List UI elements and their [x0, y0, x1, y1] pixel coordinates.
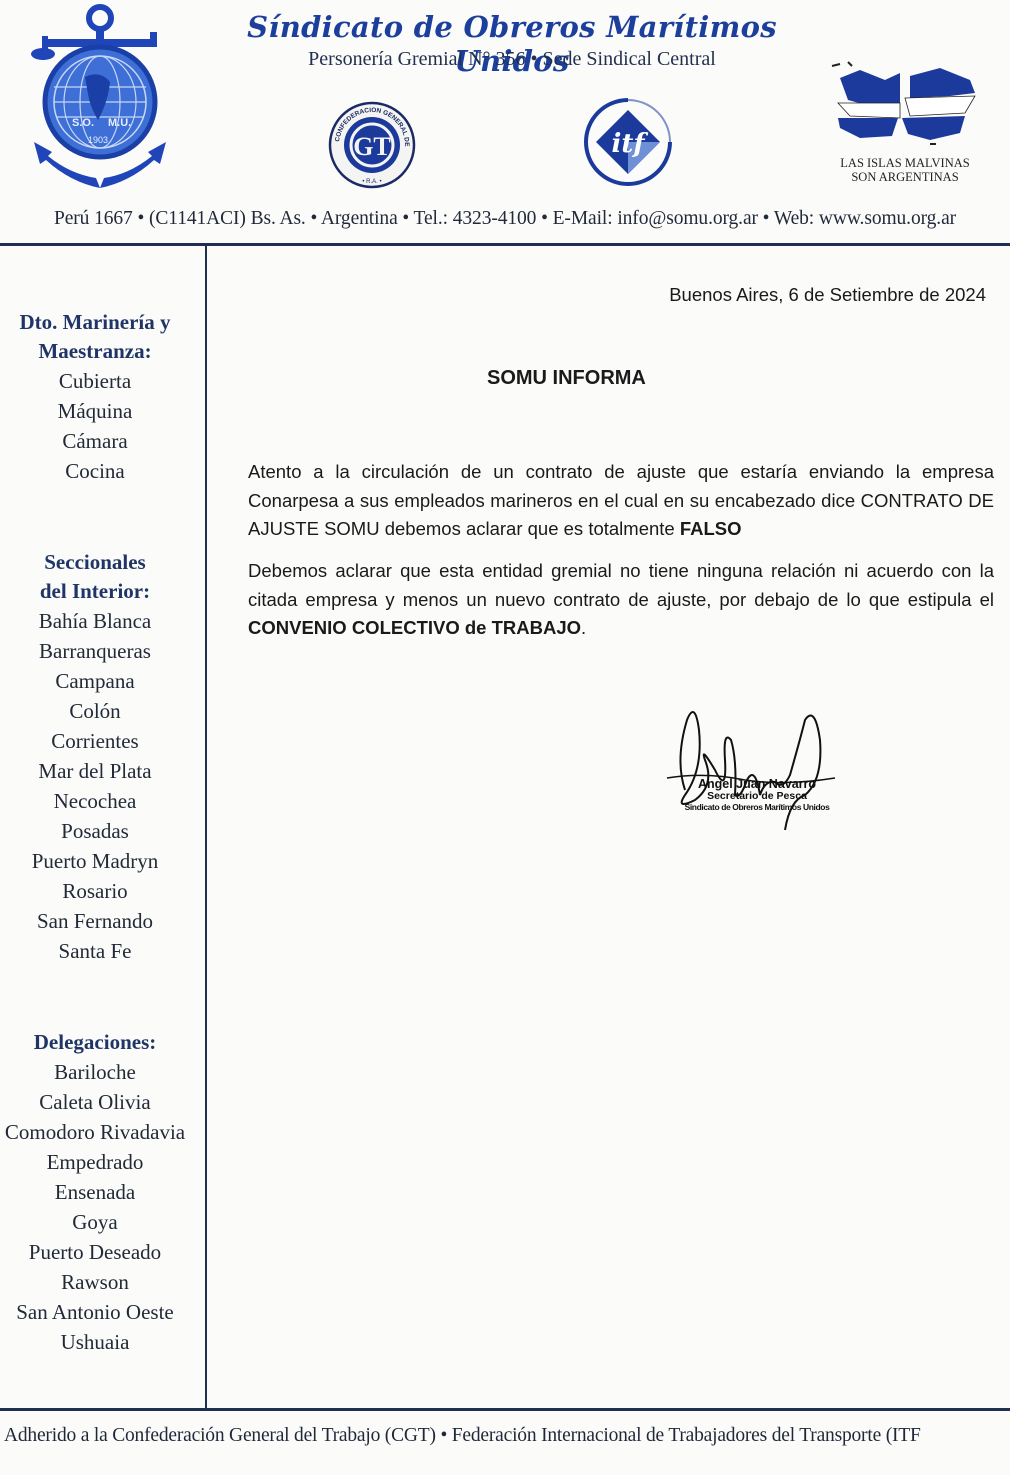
sidebar-item: Caleta Olivia: [0, 1087, 190, 1117]
sidebar-item: Santa Fe: [0, 936, 190, 966]
letter-heading: SOMU INFORMA: [487, 367, 646, 390]
sidebar-item: Mar del Plata: [0, 756, 190, 786]
paragraph-1: Atento a la circulación de un contrato d…: [248, 458, 994, 544]
sidebar-item: Campana: [0, 666, 190, 696]
sidebar: Dto. Marinería y Maestranza: Cubierta Má…: [0, 308, 190, 1387]
malvinas-caption-line: LAS ISLAS MALVINAS: [820, 156, 990, 170]
footer-affiliation: Adherido a la Confederación General del …: [4, 1425, 921, 1447]
sidebar-item: Máquina: [0, 396, 190, 426]
paragraph-2-end: .: [581, 617, 586, 638]
sidebar-item: Colón: [0, 696, 190, 726]
sidebar-item: Cubierta: [0, 366, 190, 396]
header-divider: [0, 243, 1010, 246]
svg-text:• R.A. •: • R.A. •: [362, 179, 381, 185]
sidebar-item: Goya: [0, 1207, 190, 1237]
organization-subtitle: Personería Gremial N° 356 • Sede Sindica…: [212, 48, 812, 71]
paragraph-2: Debemos aclarar que esta entidad gremial…: [248, 557, 994, 643]
signatory-org: Sindicato de Obreros Marítimos Unidos: [662, 802, 852, 812]
sidebar-item: Rosario: [0, 876, 190, 906]
sidebar-item: Barranqueras: [0, 636, 190, 666]
sidebar-heading: del Interior:: [0, 577, 190, 606]
sidebar-heading: Seccionales: [0, 548, 190, 577]
sidebar-item: Cocina: [0, 456, 190, 486]
sidebar-item: Corrientes: [0, 726, 190, 756]
paragraph-1-text: Atento a la circulación de un contrato d…: [248, 461, 994, 539]
sidebar-item: Ushuaia: [0, 1327, 190, 1357]
malvinas-map-logo: [830, 58, 980, 150]
footer-divider: [0, 1408, 1010, 1411]
signatory-role: Secretario de Pesca: [662, 791, 852, 802]
contact-line: Perú 1667 • (C1141ACI) Bs. As. • Argenti…: [0, 208, 1010, 230]
sidebar-item: Puerto Madryn: [0, 846, 190, 876]
sidebar-item: Comodoro Rivadavia: [0, 1117, 190, 1147]
sidebar-group-seccionales: Seccionales del Interior: Bahía Blanca B…: [0, 548, 190, 966]
svg-text:GT: GT: [353, 132, 391, 161]
paragraph-2-emphasis: CONVENIO COLECTIVO de TRABAJO: [248, 617, 581, 638]
svg-text:1903: 1903: [88, 135, 108, 145]
sidebar-item: Posadas: [0, 816, 190, 846]
malvinas-caption-line: SON ARGENTINAS: [820, 170, 990, 184]
sidebar-heading: Maestranza:: [0, 337, 190, 366]
sidebar-item: Empedrado: [0, 1147, 190, 1177]
sidebar-item: Cámara: [0, 426, 190, 456]
sidebar-item: Bahía Blanca: [0, 606, 190, 636]
letter-date: Buenos Aires, 6 de Setiembre de 2024: [669, 284, 986, 306]
svg-text:M.U.: M.U.: [108, 117, 131, 129]
itf-logo: itf: [582, 96, 674, 188]
sidebar-heading: Dto. Marinería y: [0, 308, 190, 337]
paragraph-1-emphasis: FALSO: [680, 518, 742, 539]
paragraph-2-text: Debemos aclarar que esta entidad gremial…: [248, 560, 994, 610]
sidebar-item: Necochea: [0, 786, 190, 816]
sidebar-item: Puerto Deseado: [0, 1237, 190, 1267]
somu-anchor-logo: S.O. M.U. 1903: [30, 2, 170, 188]
sidebar-item: Rawson: [0, 1267, 190, 1297]
sidebar-item: San Fernando: [0, 906, 190, 936]
svg-text:S.O.: S.O.: [72, 117, 94, 129]
svg-text:itf: itf: [611, 129, 648, 159]
malvinas-caption: LAS ISLAS MALVINAS SON ARGENTINAS: [820, 156, 990, 184]
sidebar-group-marineria: Dto. Marinería y Maestranza: Cubierta Má…: [0, 308, 190, 486]
sidebar-item: Bariloche: [0, 1057, 190, 1087]
signature-stamp: Angel Juan Navarro Secretario de Pesca S…: [662, 778, 852, 812]
sidebar-item: San Antonio Oeste: [0, 1297, 190, 1327]
sidebar-heading: Delegaciones:: [0, 1028, 190, 1057]
cgt-logo: GT • R.A. • CONFEDERACION GENERAL DEL TR…: [327, 100, 417, 190]
sidebar-item: Ensenada: [0, 1177, 190, 1207]
sidebar-divider: [205, 246, 207, 1408]
sidebar-group-delegaciones: Delegaciones: Bariloche Caleta Olivia Co…: [0, 1028, 190, 1357]
